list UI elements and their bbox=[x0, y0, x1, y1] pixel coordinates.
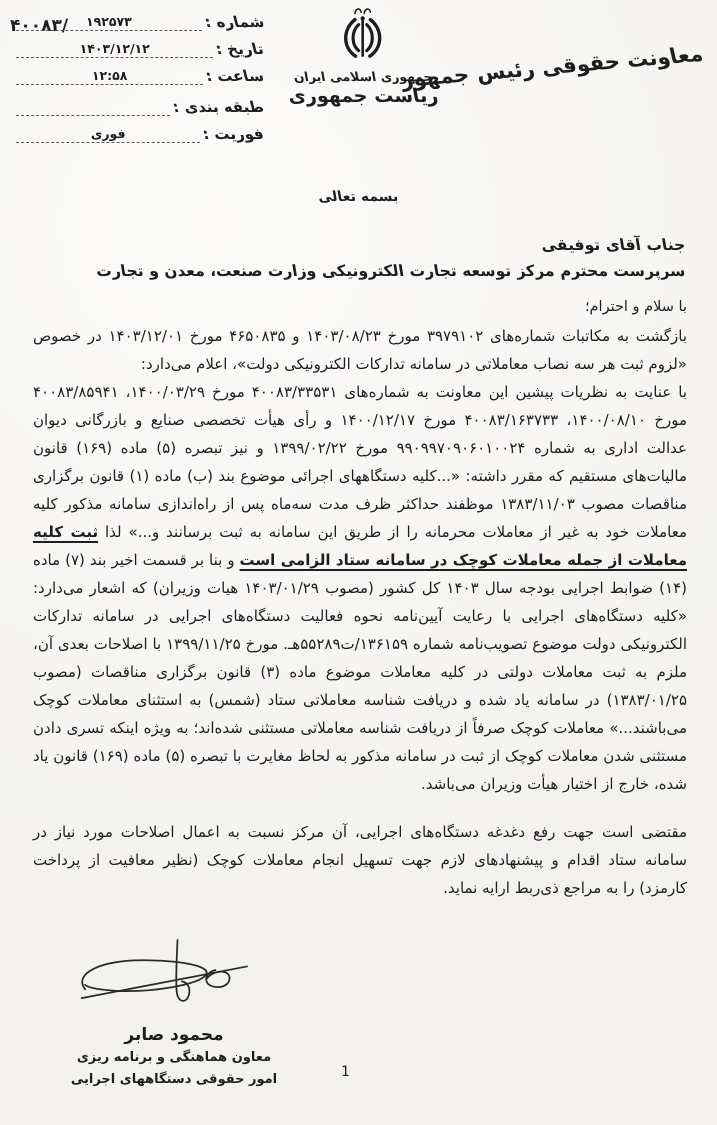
signer-name: محمود صابر bbox=[40, 1023, 308, 1047]
handwritten-signature-icon bbox=[68, 933, 280, 1021]
field-date: تاریخ : ۱۴۰۳/۱۲/۱۲ bbox=[16, 39, 266, 58]
classification-line bbox=[16, 98, 170, 116]
letterhead-title: معاونت حقوقی رئیس جمهور bbox=[419, 42, 705, 90]
paragraph-request: مقتضی است جهت رفع دغدغه دستگاه‌های اجرای… bbox=[33, 818, 687, 902]
signer-title-line1: معاون هماهنگی و برنامه ریزی bbox=[40, 1047, 308, 1069]
date-value: ۱۴۰۳/۱۲/۱۲ bbox=[80, 41, 150, 56]
urgency-value: فوری bbox=[91, 126, 126, 141]
basmala-text: بسمه تعالی bbox=[317, 189, 400, 205]
letterhead-emblem-block: جمهوری اسلامی ایران ریاست جمهوری bbox=[283, 6, 443, 107]
salutation: با سلام و احترام؛ bbox=[33, 299, 687, 315]
recipient-name: جناب آقای توفیقی bbox=[29, 234, 687, 257]
signer-title-line2: امور حقوقی دستگاههای اجرایی bbox=[40, 1069, 308, 1091]
number-label: شماره : bbox=[197, 13, 266, 31]
number-line: ۱۹۲۵۷۳ bbox=[16, 12, 202, 31]
urgency-line: فوری bbox=[16, 124, 200, 143]
date-label: تاریخ : bbox=[209, 40, 266, 58]
field-number: شماره : ۱۹۲۵۷۳ bbox=[16, 12, 266, 31]
signature-block: محمود صابر معاون هماهنگی و برنامه ریزی ا… bbox=[40, 933, 308, 1091]
number-value: ۱۹۲۵۷۳ bbox=[86, 14, 132, 29]
letter-body: جناب آقای توفیقی سرپرست محترم مرکز توسعه… bbox=[33, 234, 687, 902]
recipient-title: سرپرست محترم مرکز توسعه تجارت الکترونیکی… bbox=[29, 260, 687, 283]
iran-coat-of-arms-icon bbox=[335, 6, 391, 68]
scanned-letter-page: ۴۰۰۸۳/ شماره : ۱۹۲۵۷۳ تاریخ : ۱۴۰۳/۱۲/۱۲… bbox=[0, 0, 717, 1125]
classification-label: طبقه بندی : bbox=[166, 98, 266, 116]
time-label: ساعت : bbox=[199, 67, 266, 85]
date-line: ۱۴۰۳/۱۲/۱۲ bbox=[16, 39, 213, 58]
paragraph-reference: بازگشت به مکاتبات شماره‌های ۳۹۷۹۱۰۲ مورخ… bbox=[33, 322, 687, 378]
header-fields: شماره : ۱۹۲۵۷۳ تاریخ : ۱۴۰۳/۱۲/۱۲ ساعت :… bbox=[16, 12, 266, 151]
field-time: ساعت : ۱۲:۵۸ bbox=[16, 66, 266, 85]
page-number: 1 bbox=[341, 1064, 349, 1080]
basmala: بسمه تعالی bbox=[0, 186, 717, 205]
field-urgency: فوریت : فوری bbox=[16, 124, 266, 143]
field-classification: طبقه بندی : bbox=[16, 98, 266, 116]
time-value: ۱۲:۵۸ bbox=[92, 68, 128, 83]
paragraph-legal-analysis: با عنایت به نظریات پیشین این معاونت به ش… bbox=[33, 378, 687, 798]
urgency-label: فوریت : bbox=[196, 125, 266, 143]
time-line: ۱۲:۵۸ bbox=[16, 66, 203, 85]
